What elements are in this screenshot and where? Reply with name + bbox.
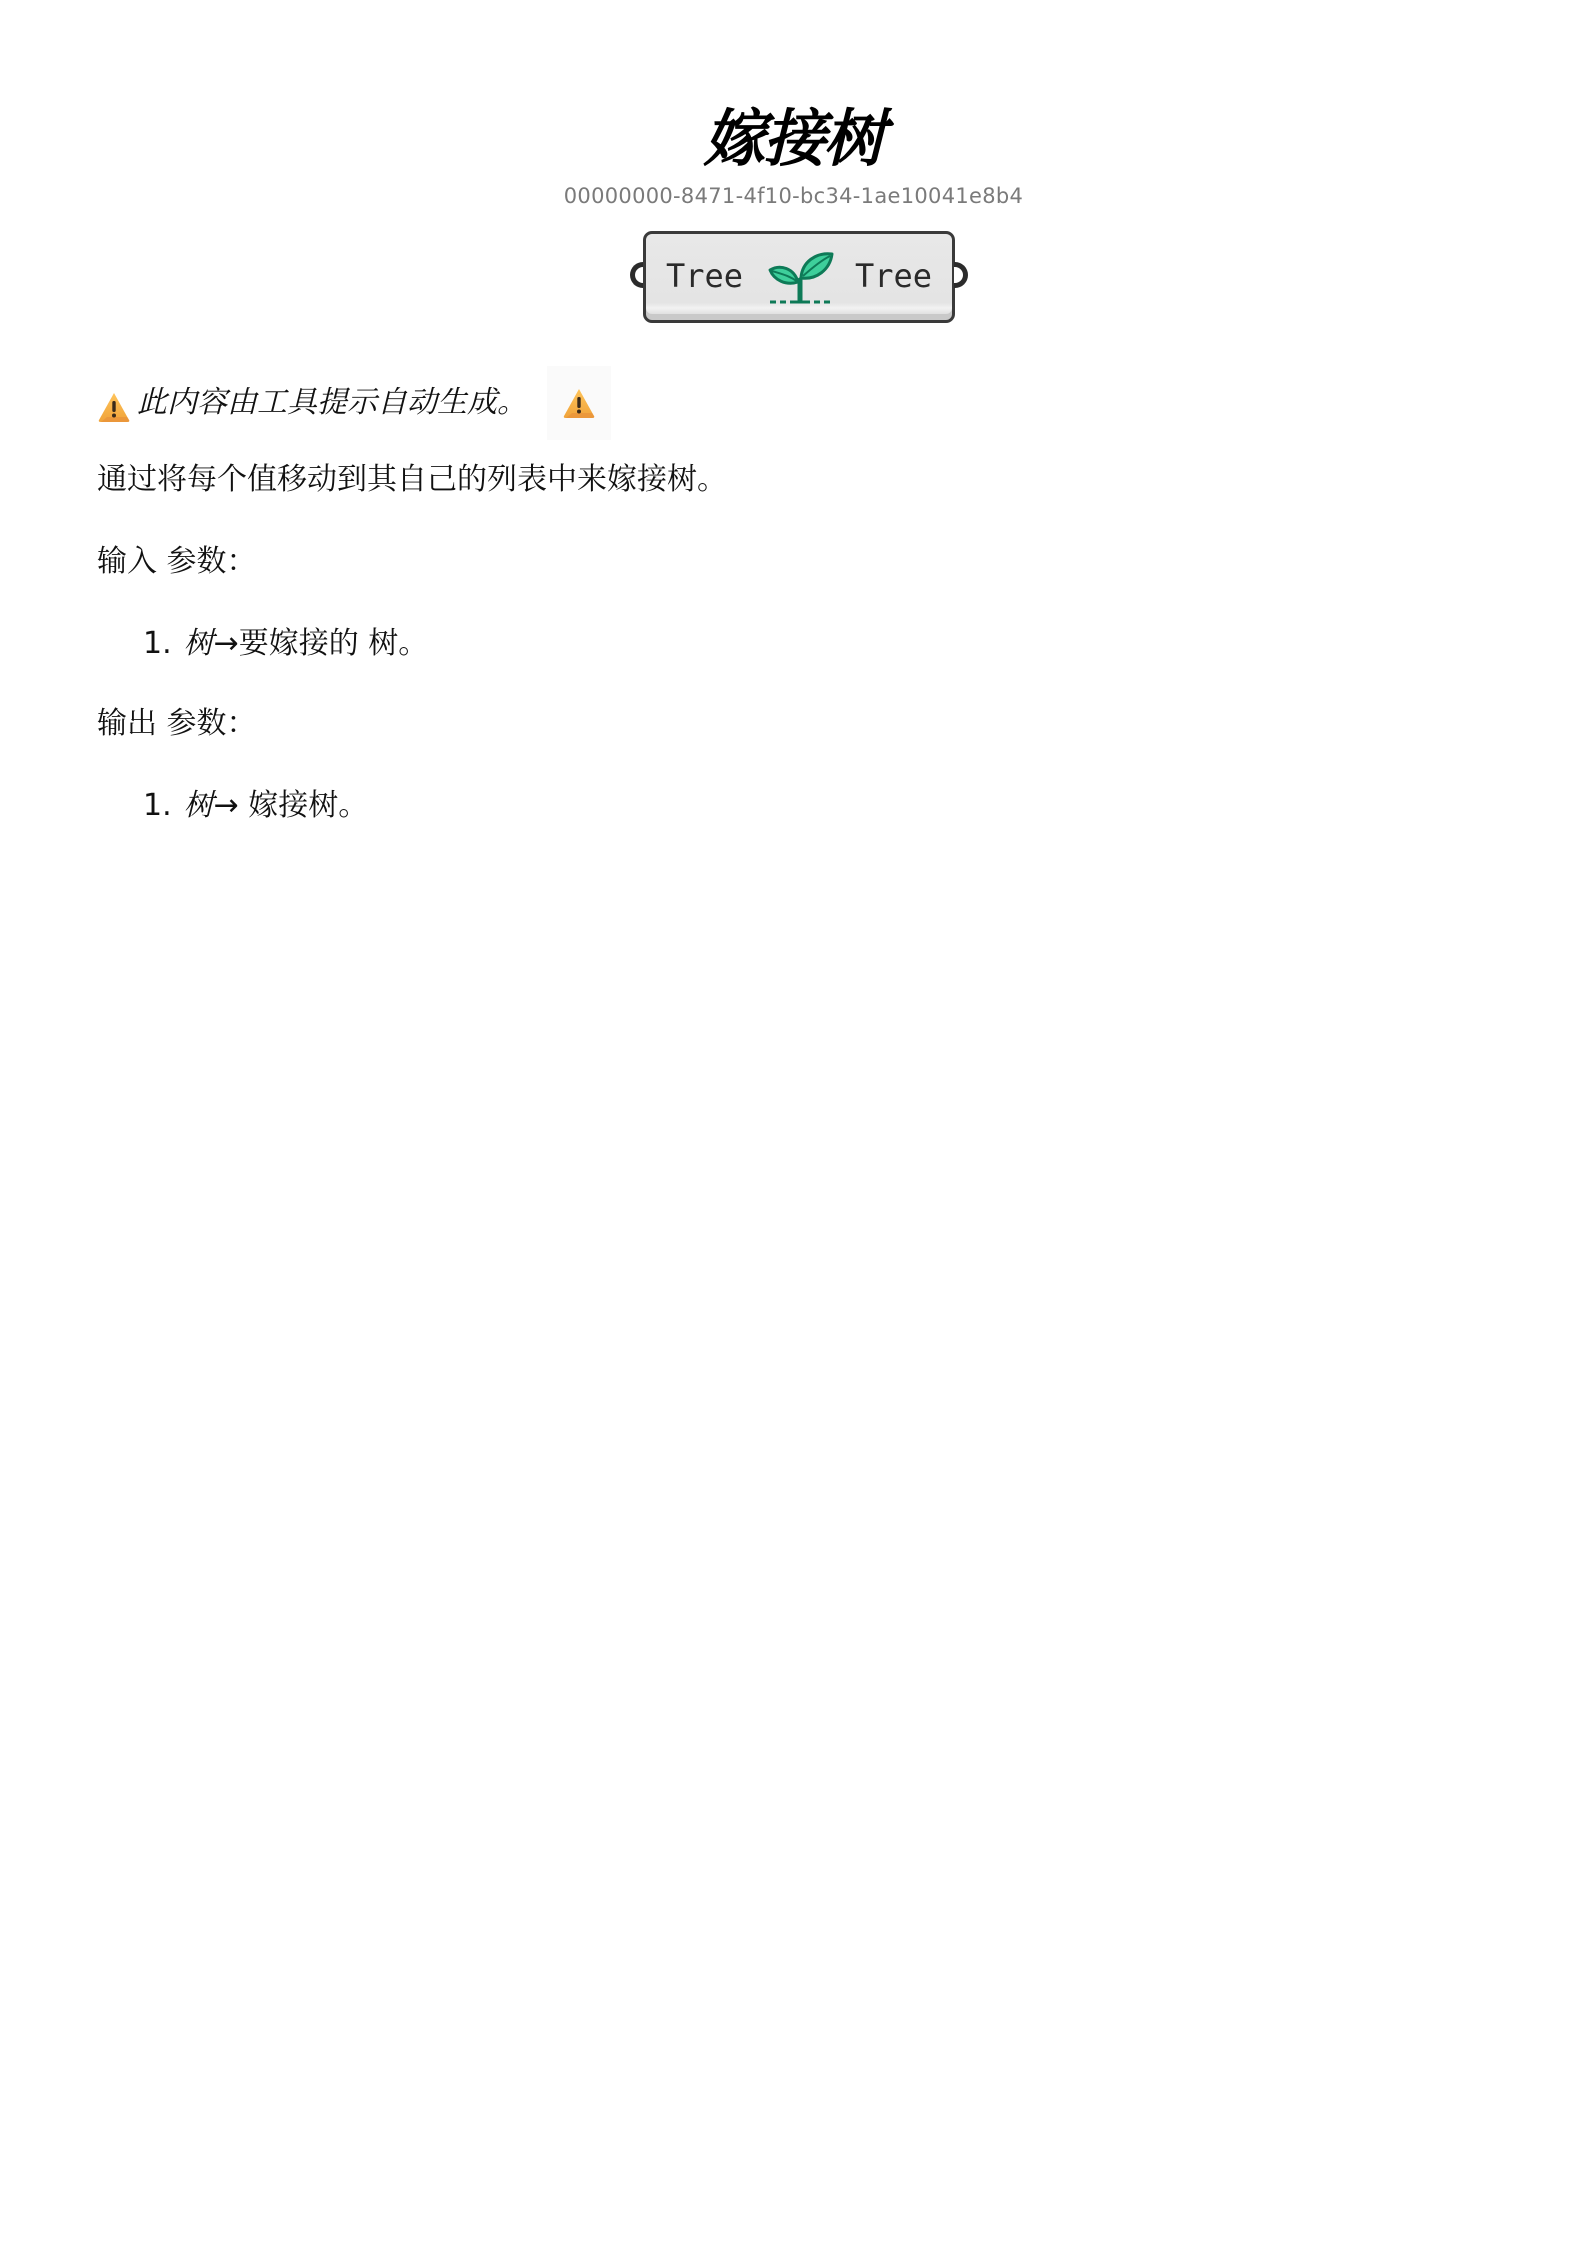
component-guid: 00000000-8471-4f10-bc34-1ae10041e8b4	[0, 183, 1587, 209]
param-name: 树	[184, 788, 214, 823]
outputs-heading: 输出 参数：	[97, 704, 257, 744]
auto-generated-notice: 此内容由工具提示自动生成。	[97, 378, 611, 428]
param-name: 树	[184, 626, 214, 661]
warning-icon	[562, 387, 596, 419]
component-node[interactable]: Tree Tree	[643, 231, 955, 323]
output-param-item: 1.树→ 嫁接树。	[143, 786, 368, 826]
param-description: 要嫁接的 树。	[239, 626, 429, 661]
warning-icon	[97, 391, 131, 423]
warning-icon-box	[547, 366, 611, 440]
param-description: 嫁接树。	[239, 788, 369, 823]
arrow: →	[214, 788, 239, 823]
list-number: 1.	[143, 788, 172, 823]
sprout-icon	[766, 246, 834, 310]
input-param-label: Tree	[666, 256, 743, 296]
output-param-label: Tree	[855, 256, 932, 296]
input-param-item: 1.树→要嫁接的 树。	[143, 624, 428, 664]
arrow: →	[214, 626, 239, 661]
output-port[interactable]	[954, 262, 968, 288]
inputs-heading: 输入 参数：	[97, 542, 257, 582]
input-port[interactable]	[630, 262, 644, 288]
page-title: 嫁接树	[0, 100, 1587, 178]
list-number: 1.	[143, 626, 172, 661]
description: 通过将每个值移动到其自己的列表中来嫁接树。	[97, 460, 727, 500]
notice-text: 此内容由工具提示自动生成。	[137, 383, 527, 423]
